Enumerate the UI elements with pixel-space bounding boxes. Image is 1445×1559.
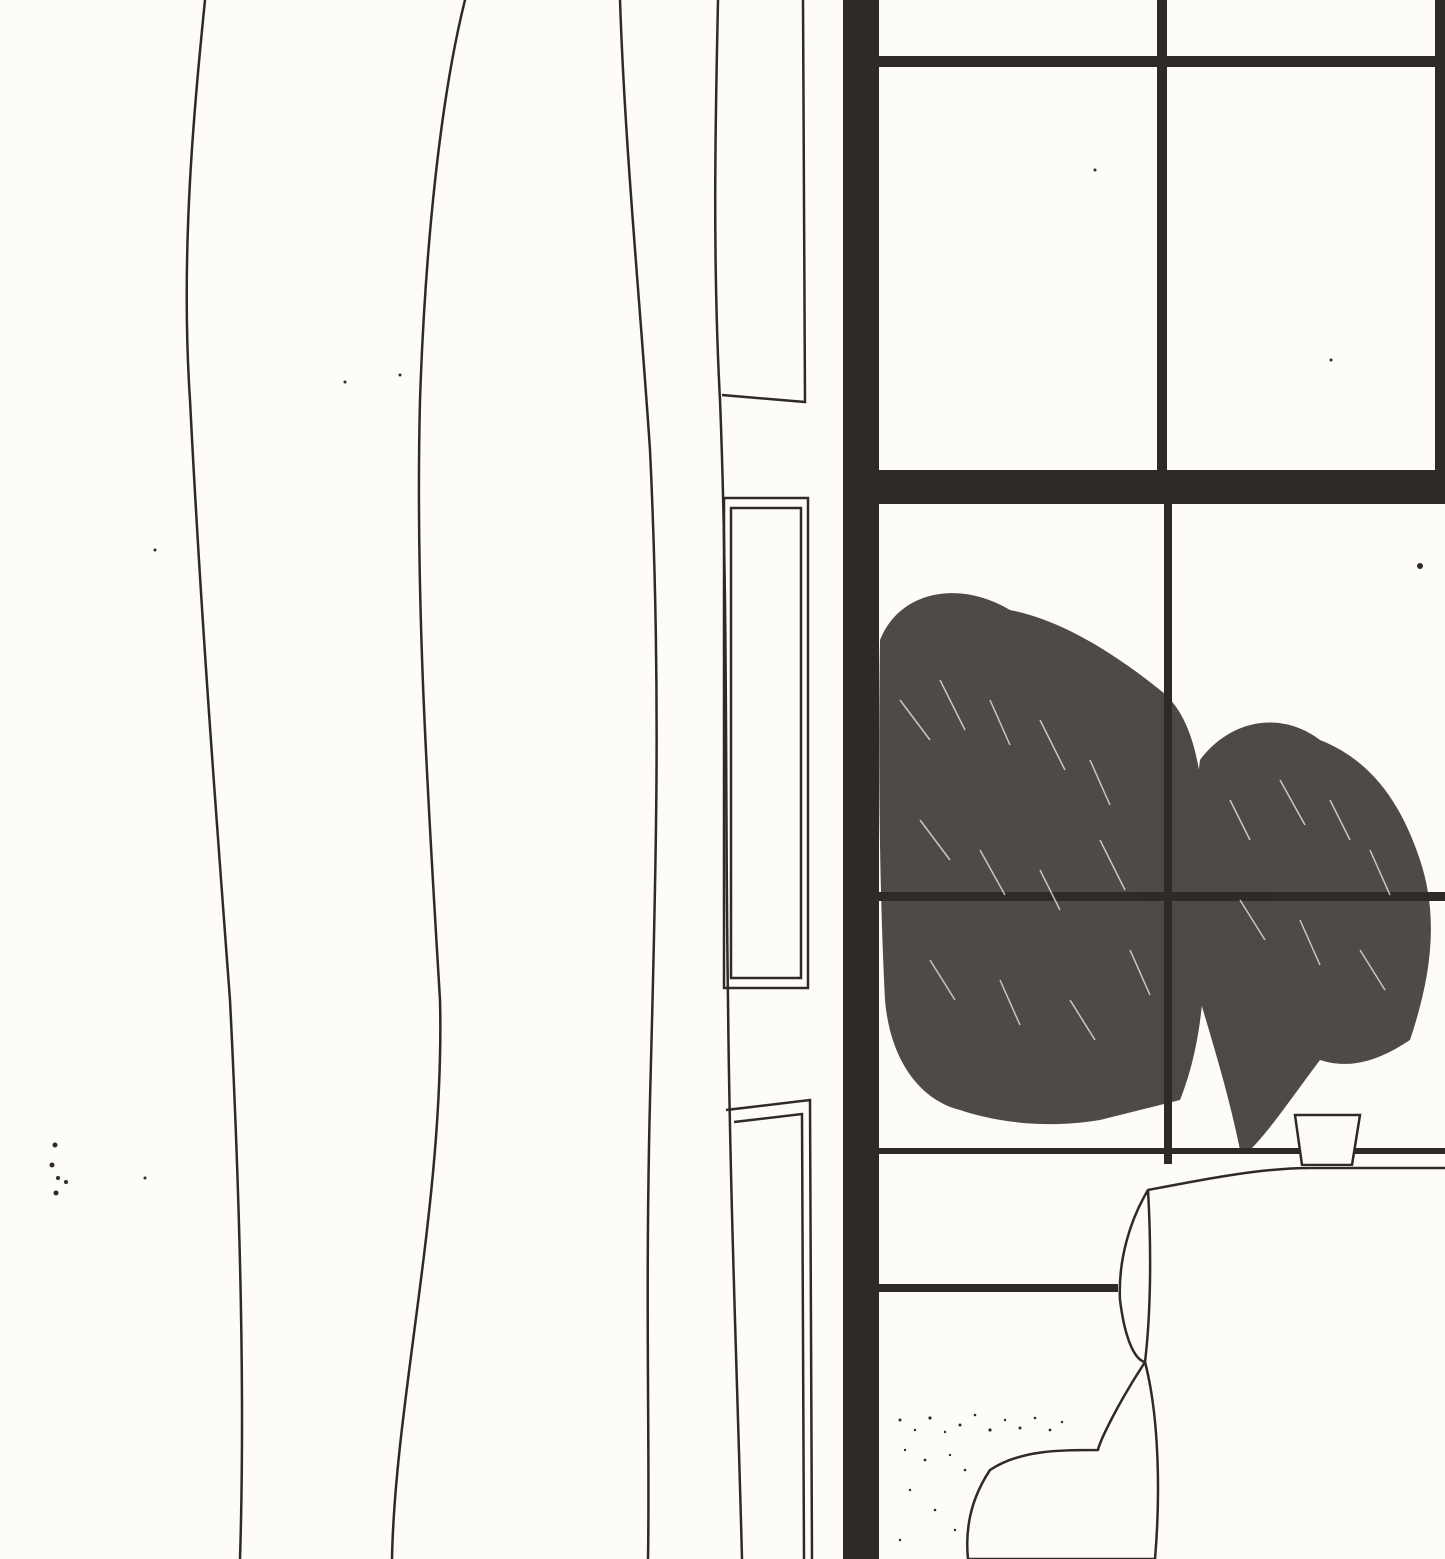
planter [1295, 1115, 1360, 1165]
artwork-illustration [0, 0, 1445, 1559]
